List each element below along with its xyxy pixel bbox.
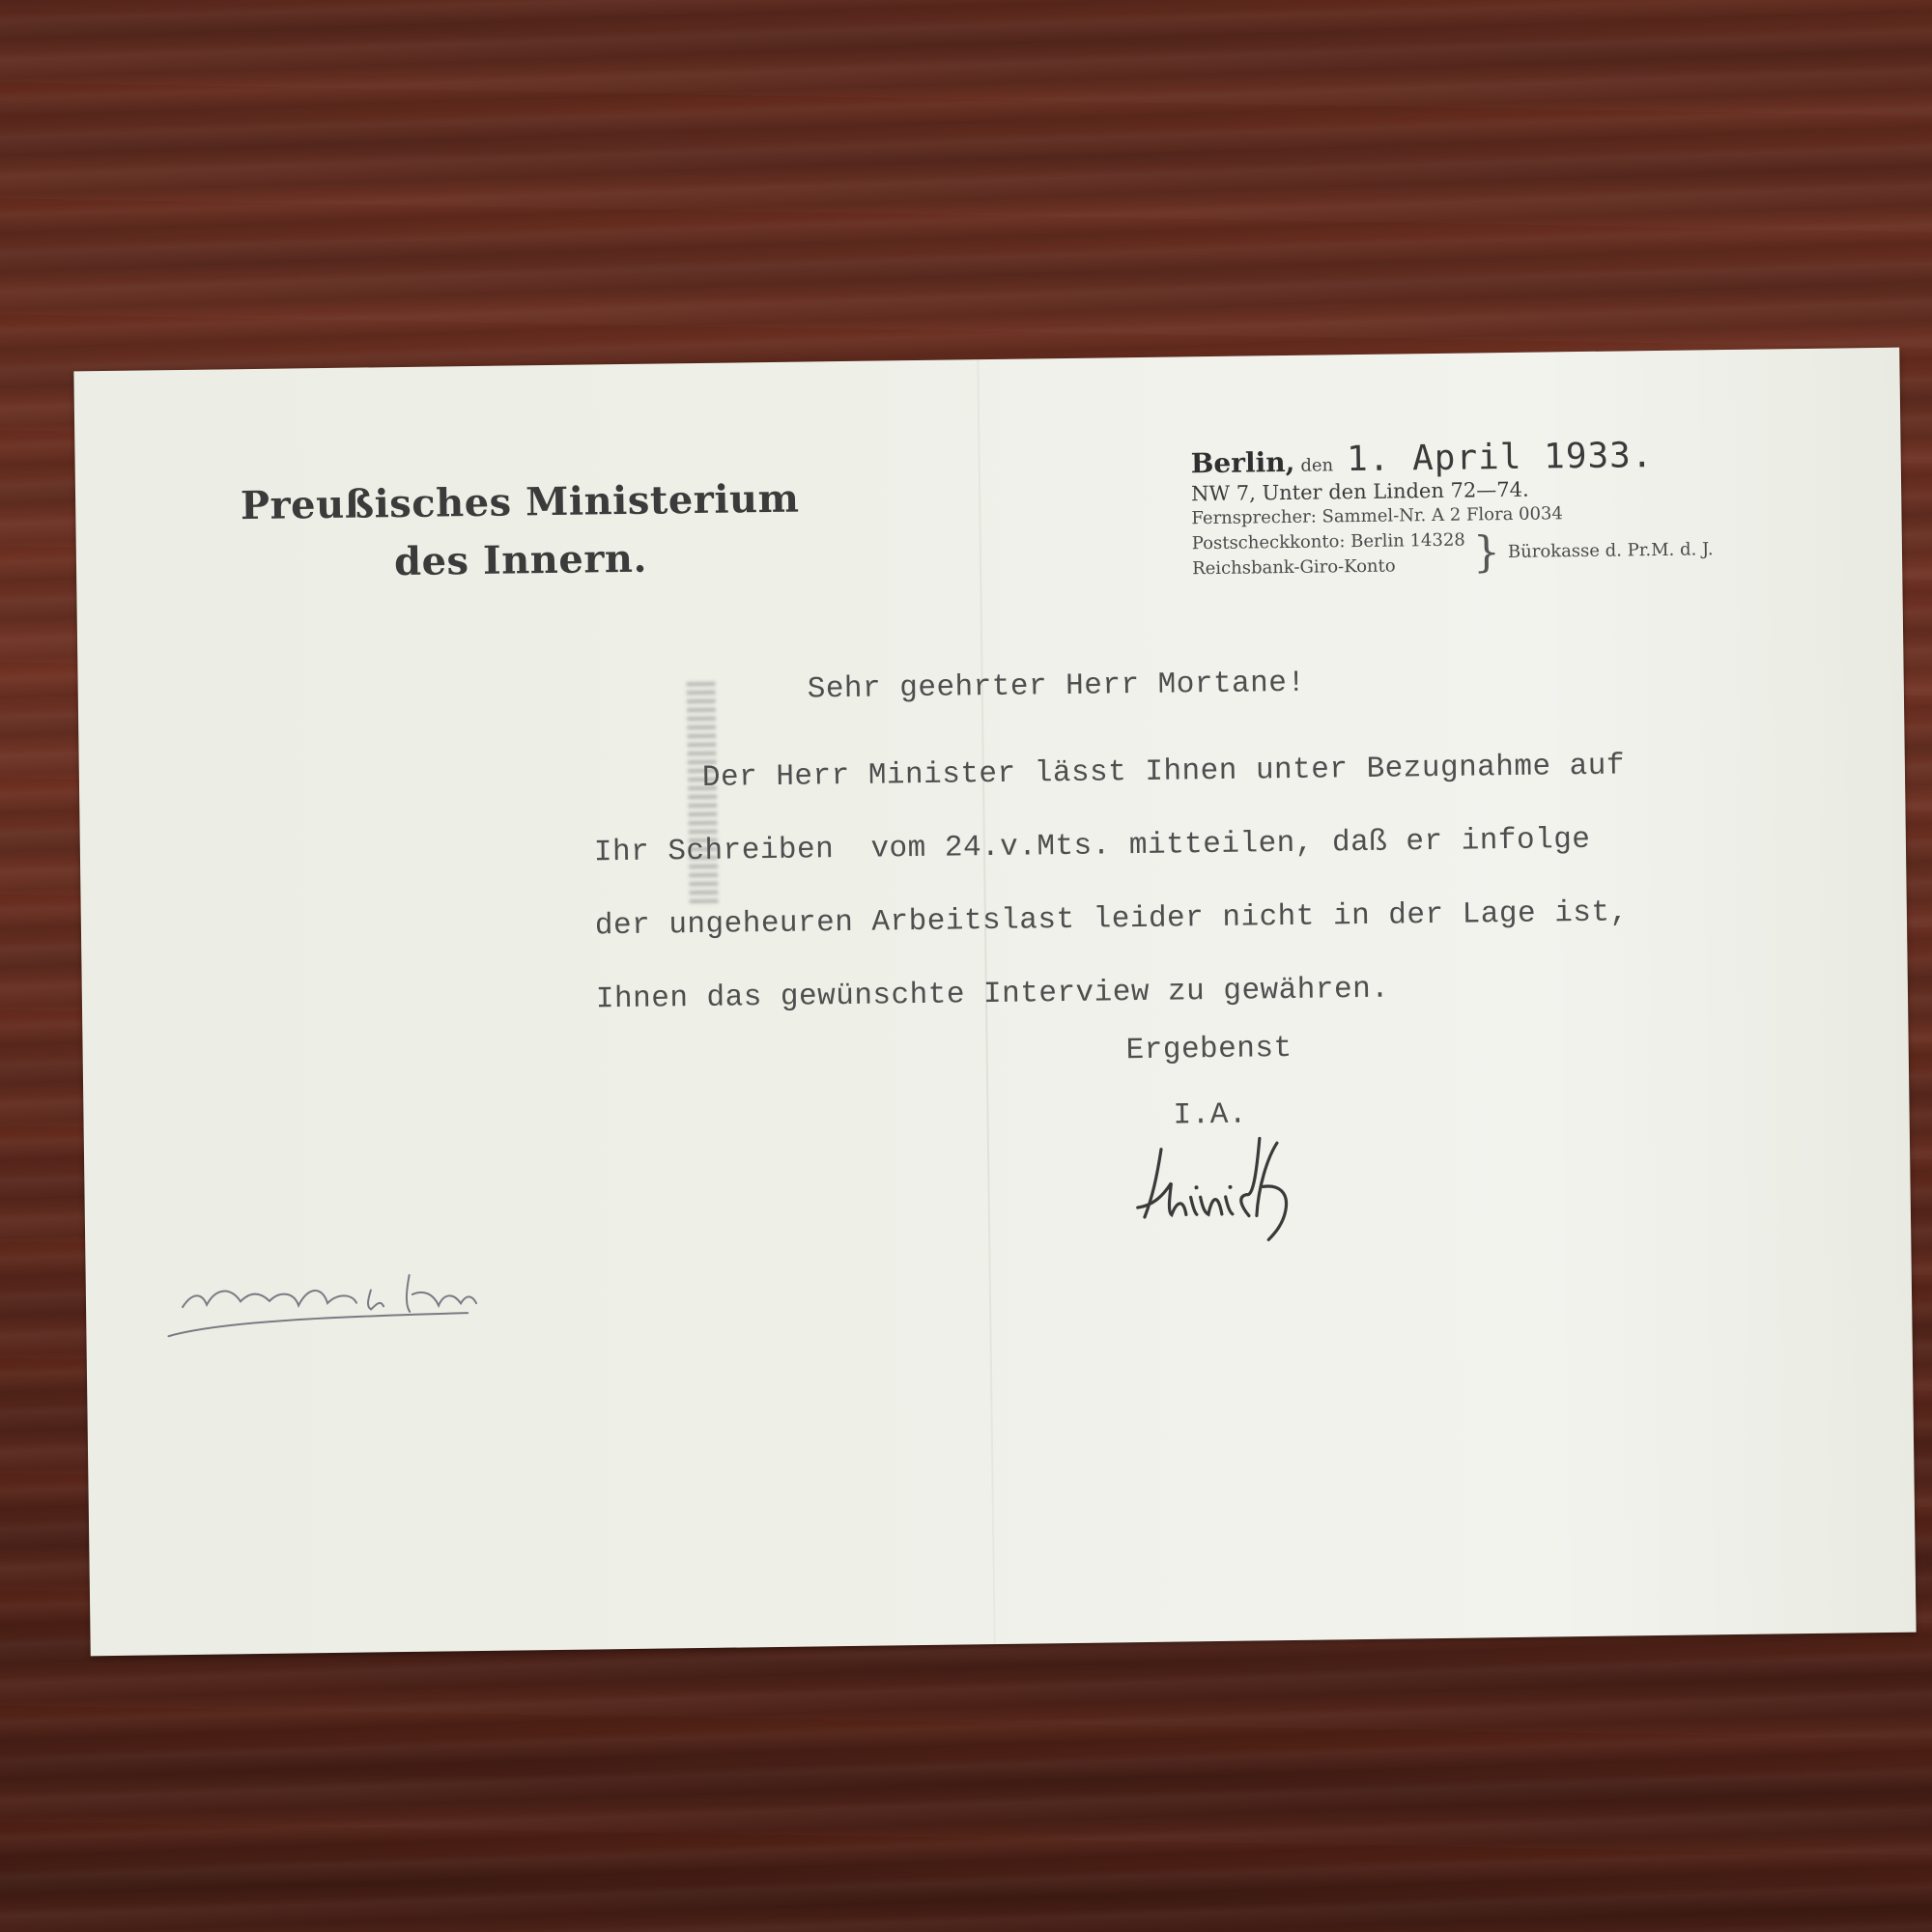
reichsbank-account: Reichsbank-Giro-Konto [1192, 554, 1465, 582]
salutation: Sehr geehrter Herr Mortane! [808, 667, 1306, 707]
letter-paper: Preußisches Ministerium des Innern. Berl… [73, 348, 1916, 1657]
letter-date: 1. April 1933. [1347, 436, 1654, 479]
ministry-name-line2: des Innern. [231, 527, 811, 593]
account-holder: Bürokasse d. Pr.M. d. J. [1508, 537, 1714, 565]
body-line-2: Ihr Schreiben vom 24.v.Mts. mitteilen, d… [594, 823, 1591, 869]
body-line-3: der ungeheuren Arbeitslast leider nicht … [595, 895, 1629, 943]
den-label: den [1300, 455, 1333, 475]
on-behalf-abbrev: I.A. [1173, 1098, 1247, 1133]
city: Berlin, [1191, 446, 1295, 479]
letterhead-contact-block: Berlin,den1. April 1933. NW 7, Unter den… [1190, 433, 1868, 582]
brace-icon: } [1473, 531, 1501, 574]
account-block: Postscheckkonto: Berlin 14328 Reichsbank… [1192, 523, 1869, 582]
body-line-1: Der Herr Minister lässt Ihnen unter Bezu… [702, 749, 1626, 794]
postscheck-account: Postscheckkonto: Berlin 14328 [1192, 528, 1465, 557]
handwritten-signature: Schmidt [1132, 1128, 1327, 1247]
closing: Ergebenst [1125, 1032, 1292, 1067]
ministry-letterhead: Preußisches Ministerium des Innern. [230, 469, 811, 593]
ministry-name-line1: Preußisches Ministerium [230, 469, 810, 535]
body-line-4: Ihnen das gewünschte Interview zu gewähr… [596, 973, 1390, 1017]
handwritten-pencil-note: interprète d' Hitler [162, 1245, 492, 1346]
